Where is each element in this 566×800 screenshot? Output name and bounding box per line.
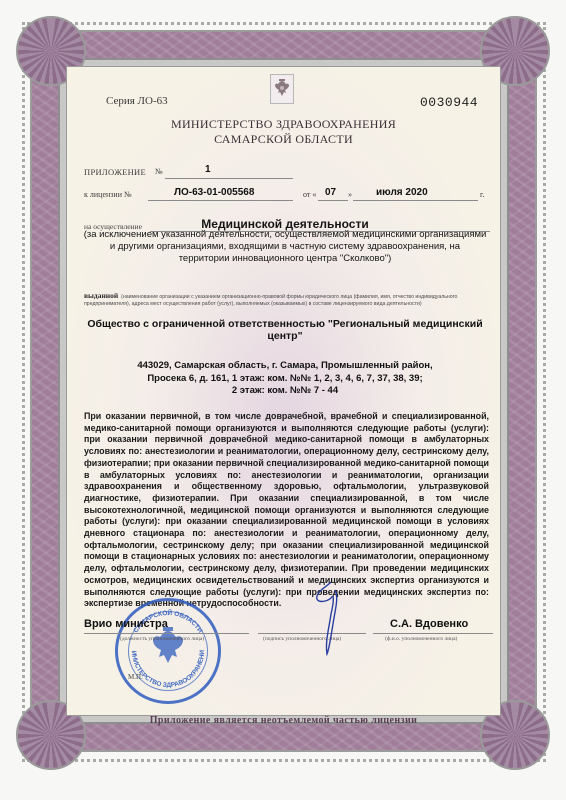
appendix-label: ПРИЛОЖЕНИЕ: [84, 167, 146, 177]
address-line1: 443029, Самарская область, г. Самара, Пр…: [80, 360, 490, 373]
address-line3: 2 этаж: ком. №№ 7 - 44: [80, 385, 490, 398]
appendix-number-value: 1: [205, 164, 211, 175]
issued-hint-text: (наименование организации с указанием ор…: [84, 294, 457, 307]
license-number-value: ЛО-63-01-005568: [174, 187, 254, 198]
signatory-name: С.А. Вдовенко: [390, 618, 468, 630]
activity-note-line1: (за исключением указанной деятельности, …: [80, 229, 490, 241]
address-line2: Просека 6, д. 161, 1 этаж: ком. №№ 1, 2,…: [80, 373, 490, 386]
services-description: При оказании первичной, в том числе довр…: [84, 411, 489, 610]
official-seal-stamp: САМАРСКОЙ ОБЛАСТИ МИНИСТЕРСТВО ЗДРАВООХР…: [115, 598, 221, 704]
name-caption: (ф.и.о. уполномоченного лица): [385, 636, 457, 642]
license-day-value: 07: [325, 187, 336, 198]
license-day-close: »: [348, 190, 352, 199]
russian-coat-of-arms-icon: [270, 74, 294, 104]
footer-note: Приложение является неотъемлемой частью …: [66, 715, 501, 726]
license-from-label: от «: [303, 190, 316, 199]
position-underline: [84, 633, 249, 634]
address-block: 443029, Самарская область, г. Самара, Пр…: [80, 360, 490, 398]
ministry-title-line2: САМАРСКОЙ ОБЛАСТИ: [66, 132, 501, 147]
appendix-number-label: №: [155, 167, 163, 176]
issued-hint: выданной(наименование организации с указ…: [84, 293, 494, 307]
organization-name: Общество с ограниченной ответственностью…: [80, 318, 490, 342]
appendix-number-underline: [165, 178, 293, 179]
license-year-suffix: г.: [480, 190, 484, 199]
blank-serial-number: 0030944: [420, 95, 478, 110]
license-day-underline: [318, 200, 348, 201]
activity-note-line2: и другими организациями, входящими в час…: [80, 241, 490, 253]
license-label: к лицензии №: [84, 190, 132, 199]
license-month-underline: [353, 200, 478, 201]
activity-note-line3: территории инновационного центра "Сколко…: [80, 253, 490, 265]
ministry-title-line1: МИНИСТЕРСТВО ЗДРАВООХРАНЕНИЯ: [66, 117, 501, 132]
seal-emblem-icon: САМАРСКОЙ ОБЛАСТИ МИНИСТЕРСТВО ЗДРАВООХР…: [118, 601, 218, 701]
name-underline: [373, 633, 493, 634]
handwritten-signature-icon: [305, 580, 355, 660]
seal-place-label: М.П.: [128, 673, 143, 681]
series-label: Серия ЛО-63: [106, 95, 168, 107]
signatory-position: Врио министра: [84, 618, 168, 630]
issued-label: выданной: [84, 291, 118, 300]
position-caption: (должность уполномоченного лица): [120, 636, 204, 642]
license-number-underline: [148, 200, 293, 201]
license-month-year-value: июля 2020: [376, 187, 428, 198]
